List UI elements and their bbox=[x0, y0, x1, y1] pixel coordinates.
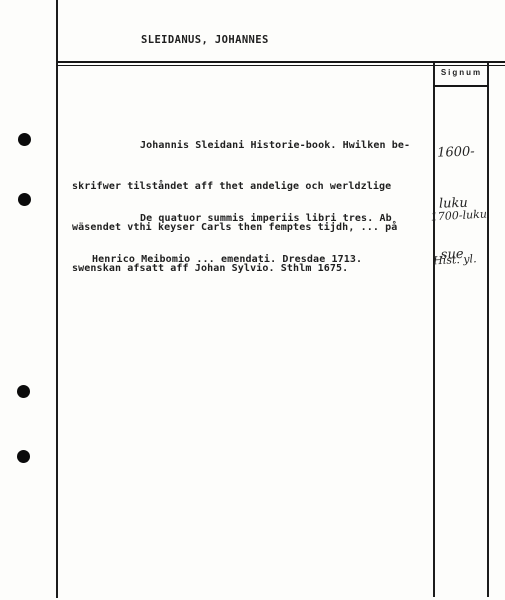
entry-line: De quatuor summis imperiis libri tres. A… bbox=[140, 212, 392, 226]
signum-column-right-rule bbox=[487, 63, 489, 597]
punch-hole bbox=[17, 385, 30, 398]
punch-hole bbox=[18, 133, 31, 146]
catalog-entry: De quatuor summis imperiis libri tres. A… bbox=[72, 185, 392, 294]
left-margin-rule bbox=[56, 0, 58, 598]
punch-hole bbox=[17, 450, 30, 463]
signum-annotation-line: Hist. yl. bbox=[433, 251, 490, 268]
signum-column-left-rule bbox=[433, 63, 435, 597]
signum-annotation-line: 1600- bbox=[437, 143, 475, 161]
punch-hole bbox=[18, 193, 31, 206]
signum-annotation-line: 1700-luku bbox=[431, 208, 488, 225]
entry-line: Johannis Sleidani Historie-book. Hwilken… bbox=[140, 139, 410, 153]
author-heading: SLEIDANUS, JOHANNES bbox=[141, 34, 269, 46]
signum-column-label: Signum bbox=[434, 68, 487, 77]
catalog-card: SLEIDANUS, JOHANNES Signum Johannis Slei… bbox=[0, 0, 505, 600]
entry-line: Henrico Meibomio ... emendati. Dresdae 1… bbox=[92, 253, 392, 267]
signum-annotation: 1700-luku Hist. yl. bbox=[429, 179, 491, 298]
signum-header-rule bbox=[433, 85, 488, 87]
header-rule-thin bbox=[57, 65, 505, 66]
header-rule-thick bbox=[57, 61, 505, 63]
